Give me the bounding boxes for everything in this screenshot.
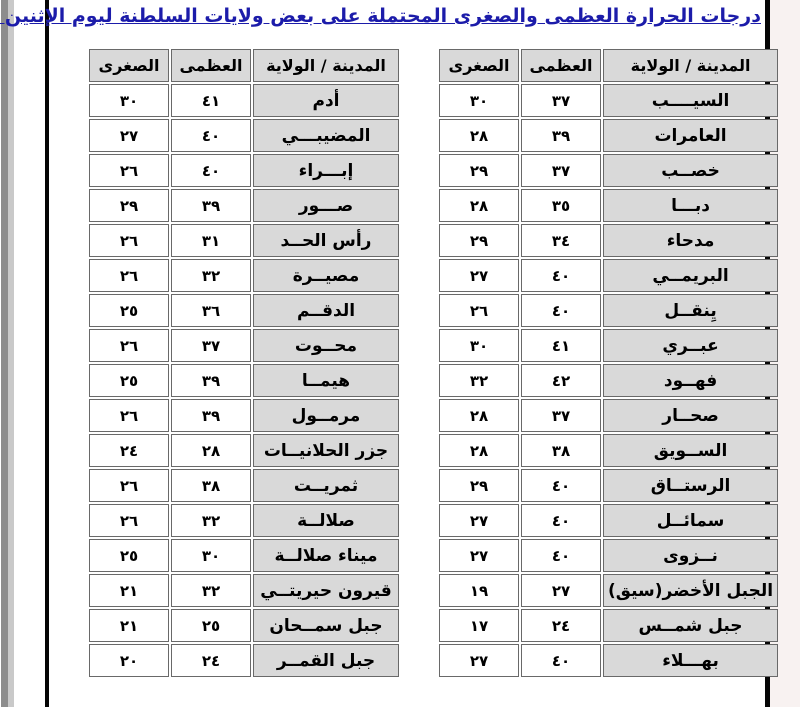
- table-row: جبل سمــحان ٢٥ ٢١: [89, 609, 399, 642]
- city-name-cell: فهــود: [603, 364, 778, 397]
- min-temp-cell: ١٧: [439, 609, 519, 642]
- column-header-city: المدينة / الولاية: [253, 49, 399, 82]
- max-temp-cell: ٣٧: [521, 399, 601, 432]
- min-temp-cell: ٢٦: [89, 504, 169, 537]
- column-header-max: العظمى: [171, 49, 251, 82]
- min-temp-cell: ٣٢: [439, 364, 519, 397]
- min-temp-cell: ٢٩: [439, 154, 519, 187]
- table-row: مدحاء ٣٤ ٢٩: [439, 224, 778, 257]
- page-edge-strip-light: [8, 0, 14, 707]
- max-temp-cell: ٣٧: [521, 154, 601, 187]
- min-temp-cell: ٢٥: [89, 364, 169, 397]
- column-header-max: العظمى: [521, 49, 601, 82]
- table-row: الدقــم ٣٦ ٢٥: [89, 294, 399, 327]
- table-row: صـــور ٣٩ ٢٩: [89, 189, 399, 222]
- city-name-cell: المضيبـــي: [253, 119, 399, 152]
- max-temp-cell: ٣٩: [171, 399, 251, 432]
- max-temp-cell: ٣٢: [171, 574, 251, 607]
- max-temp-cell: ٤٠: [171, 119, 251, 152]
- table-row: مرمــول ٣٩ ٢٦: [89, 399, 399, 432]
- city-name-cell: جبل شمــس: [603, 609, 778, 642]
- max-temp-cell: ٤٠: [521, 504, 601, 537]
- column-header-city: المدينة / الولاية: [603, 49, 778, 82]
- table-row: البريمــي ٤٠ ٢٧: [439, 259, 778, 292]
- city-name-cell: الرستــاق: [603, 469, 778, 502]
- city-name-cell: إبـــراء: [253, 154, 399, 187]
- table-row: نــزوى ٤٠ ٢٧: [439, 539, 778, 572]
- min-temp-cell: ٢٧: [89, 119, 169, 152]
- table-row: صحــار ٣٧ ٢٨: [439, 399, 778, 432]
- city-name-cell: ميناء صلالــة: [253, 539, 399, 572]
- min-temp-cell: ٢٧: [439, 259, 519, 292]
- table-row: دبـــا ٣٥ ٢٨: [439, 189, 778, 222]
- max-temp-cell: ٢٨: [171, 434, 251, 467]
- city-name-cell: صحــار: [603, 399, 778, 432]
- max-temp-cell: ٤٠: [521, 259, 601, 292]
- min-temp-cell: ٢١: [89, 574, 169, 607]
- min-temp-cell: ٢٦: [89, 224, 169, 257]
- table-row: المضيبـــي ٤٠ ٢٧: [89, 119, 399, 152]
- table-row: عبــري ٤١ ٣٠: [439, 329, 778, 362]
- table-row: سمائــل ٤٠ ٢٧: [439, 504, 778, 537]
- city-name-cell: صلالــة: [253, 504, 399, 537]
- max-temp-cell: ٣٢: [171, 259, 251, 292]
- min-temp-cell: ٣٠: [89, 84, 169, 117]
- max-temp-cell: ٤١: [521, 329, 601, 362]
- max-temp-cell: ٣٩: [171, 364, 251, 397]
- min-temp-cell: ٢٧: [439, 644, 519, 677]
- temps-table-right: المدينة / الولاية العظمى الصغرى السيــــ…: [437, 47, 780, 679]
- city-name-cell: دبـــا: [603, 189, 778, 222]
- city-name-cell: صـــور: [253, 189, 399, 222]
- column-header-min: الصغرى: [89, 49, 169, 82]
- min-temp-cell: ٢٩: [89, 189, 169, 222]
- table-row: ميناء صلالــة ٣٠ ٢٥: [89, 539, 399, 572]
- max-temp-cell: ٣٩: [171, 189, 251, 222]
- max-temp-cell: ٣٧: [171, 329, 251, 362]
- min-temp-cell: ٢٧: [439, 504, 519, 537]
- city-name-cell: مدحاء: [603, 224, 778, 257]
- max-temp-cell: ٤٠: [521, 539, 601, 572]
- min-temp-cell: ٣٠: [439, 329, 519, 362]
- table-row: أدم ٤١ ٣٠: [89, 84, 399, 117]
- city-name-cell: الدقــم: [253, 294, 399, 327]
- page-title: درجات الحرارة العظمى والصغرى المحتملة عل…: [55, 3, 761, 29]
- city-name-cell: قيرون حيريتــي: [253, 574, 399, 607]
- max-temp-cell: ٤٠: [171, 154, 251, 187]
- city-name-cell: الســويق: [603, 434, 778, 467]
- min-temp-cell: ٢٦: [89, 154, 169, 187]
- column-header-min: الصغرى: [439, 49, 519, 82]
- max-temp-cell: ٢٥: [171, 609, 251, 642]
- min-temp-cell: ٢٠: [89, 644, 169, 677]
- min-temp-cell: ٢٦: [89, 399, 169, 432]
- city-name-cell: ثمريــت: [253, 469, 399, 502]
- table-row: محــوت ٣٧ ٢٦: [89, 329, 399, 362]
- max-temp-cell: ٤٢: [521, 364, 601, 397]
- min-temp-cell: ٢٥: [89, 294, 169, 327]
- city-name-cell: بهـــلاء: [603, 644, 778, 677]
- max-temp-cell: ٣١: [171, 224, 251, 257]
- city-name-cell: السيــــب: [603, 84, 778, 117]
- table-row: يِنقــل ٤٠ ٢٦: [439, 294, 778, 327]
- city-name-cell: خصــب: [603, 154, 778, 187]
- max-temp-cell: ٤٠: [521, 294, 601, 327]
- city-name-cell: يِنقــل: [603, 294, 778, 327]
- table-row: فهــود ٤٢ ٣٢: [439, 364, 778, 397]
- city-name-cell: عبــري: [603, 329, 778, 362]
- city-name-cell: محــوت: [253, 329, 399, 362]
- max-temp-cell: ٣٨: [171, 469, 251, 502]
- city-name-cell: سمائــل: [603, 504, 778, 537]
- max-temp-cell: ٤٠: [521, 644, 601, 677]
- city-name-cell: أدم: [253, 84, 399, 117]
- city-name-cell: جبل القمــر: [253, 644, 399, 677]
- table-row: إبـــراء ٤٠ ٢٦: [89, 154, 399, 187]
- temps-table-left: المدينة / الولاية العظمى الصغرى أدم ٤١ ٣…: [87, 47, 401, 679]
- city-name-cell: هيمــا: [253, 364, 399, 397]
- max-temp-cell: ٣٦: [171, 294, 251, 327]
- frame-line-left: [45, 0, 49, 707]
- table-row: ثمريــت ٣٨ ٢٦: [89, 469, 399, 502]
- city-name-cell: العامرات: [603, 119, 778, 152]
- table-row: صلالــة ٣٢ ٢٦: [89, 504, 399, 537]
- max-temp-cell: ٣٩: [521, 119, 601, 152]
- max-temp-cell: ٣٥: [521, 189, 601, 222]
- city-name-cell: جزر الحلانيــات: [253, 434, 399, 467]
- table-header-row: المدينة / الولاية العظمى الصغرى: [89, 49, 399, 82]
- table-row: هيمــا ٣٩ ٢٥: [89, 364, 399, 397]
- table-row: جزر الحلانيــات ٢٨ ٢٤: [89, 434, 399, 467]
- min-temp-cell: ٢٦: [439, 294, 519, 327]
- min-temp-cell: ٢٥: [89, 539, 169, 572]
- max-temp-cell: ٤١: [171, 84, 251, 117]
- table-row: بهـــلاء ٤٠ ٢٧: [439, 644, 778, 677]
- min-temp-cell: ٢٨: [439, 399, 519, 432]
- city-name-cell: البريمــي: [603, 259, 778, 292]
- min-temp-cell: ٢٩: [439, 469, 519, 502]
- table-row: قيرون حيريتــي ٣٢ ٢١: [89, 574, 399, 607]
- city-name-cell: جبل سمــحان: [253, 609, 399, 642]
- max-temp-cell: ٣٨: [521, 434, 601, 467]
- table-row: جبل شمــس ٢٤ ١٧: [439, 609, 778, 642]
- min-temp-cell: ٢٨: [439, 119, 519, 152]
- table-row: الســويق ٣٨ ٢٨: [439, 434, 778, 467]
- min-temp-cell: ٢٧: [439, 539, 519, 572]
- min-temp-cell: ١٩: [439, 574, 519, 607]
- max-temp-cell: ٢٤: [521, 609, 601, 642]
- min-temp-cell: ٢٨: [439, 434, 519, 467]
- min-temp-cell: ٢٦: [89, 329, 169, 362]
- city-name-cell: مصيــرة: [253, 259, 399, 292]
- max-temp-cell: ٢٧: [521, 574, 601, 607]
- min-temp-cell: ٢٤: [89, 434, 169, 467]
- city-name-cell: الجبل الأخضر(سيق): [603, 574, 778, 607]
- table-row: جبل القمــر ٢٤ ٢٠: [89, 644, 399, 677]
- table-row: العامرات ٣٩ ٢٨: [439, 119, 778, 152]
- page-edge-strip-dark: [1, 0, 8, 707]
- table-row: الجبل الأخضر(سيق) ٢٧ ١٩: [439, 574, 778, 607]
- min-temp-cell: ٢٩: [439, 224, 519, 257]
- min-temp-cell: ٣٠: [439, 84, 519, 117]
- table-row: خصــب ٣٧ ٢٩: [439, 154, 778, 187]
- min-temp-cell: ٢١: [89, 609, 169, 642]
- min-temp-cell: ٢٦: [89, 259, 169, 292]
- max-temp-cell: ٢٤: [171, 644, 251, 677]
- table-row: مصيــرة ٣٢ ٢٦: [89, 259, 399, 292]
- city-name-cell: رأس الحــد: [253, 224, 399, 257]
- city-name-cell: نــزوى: [603, 539, 778, 572]
- max-temp-cell: ٣٤: [521, 224, 601, 257]
- max-temp-cell: ٤٠: [521, 469, 601, 502]
- table-row: الرستــاق ٤٠ ٢٩: [439, 469, 778, 502]
- table-header-row: المدينة / الولاية العظمى الصغرى: [439, 49, 778, 82]
- max-temp-cell: ٣٢: [171, 504, 251, 537]
- table-row: السيــــب ٣٧ ٣٠: [439, 84, 778, 117]
- city-name-cell: مرمــول: [253, 399, 399, 432]
- min-temp-cell: ٢٨: [439, 189, 519, 222]
- table-row: رأس الحــد ٣١ ٢٦: [89, 224, 399, 257]
- max-temp-cell: ٣٠: [171, 539, 251, 572]
- min-temp-cell: ٢٦: [89, 469, 169, 502]
- max-temp-cell: ٣٧: [521, 84, 601, 117]
